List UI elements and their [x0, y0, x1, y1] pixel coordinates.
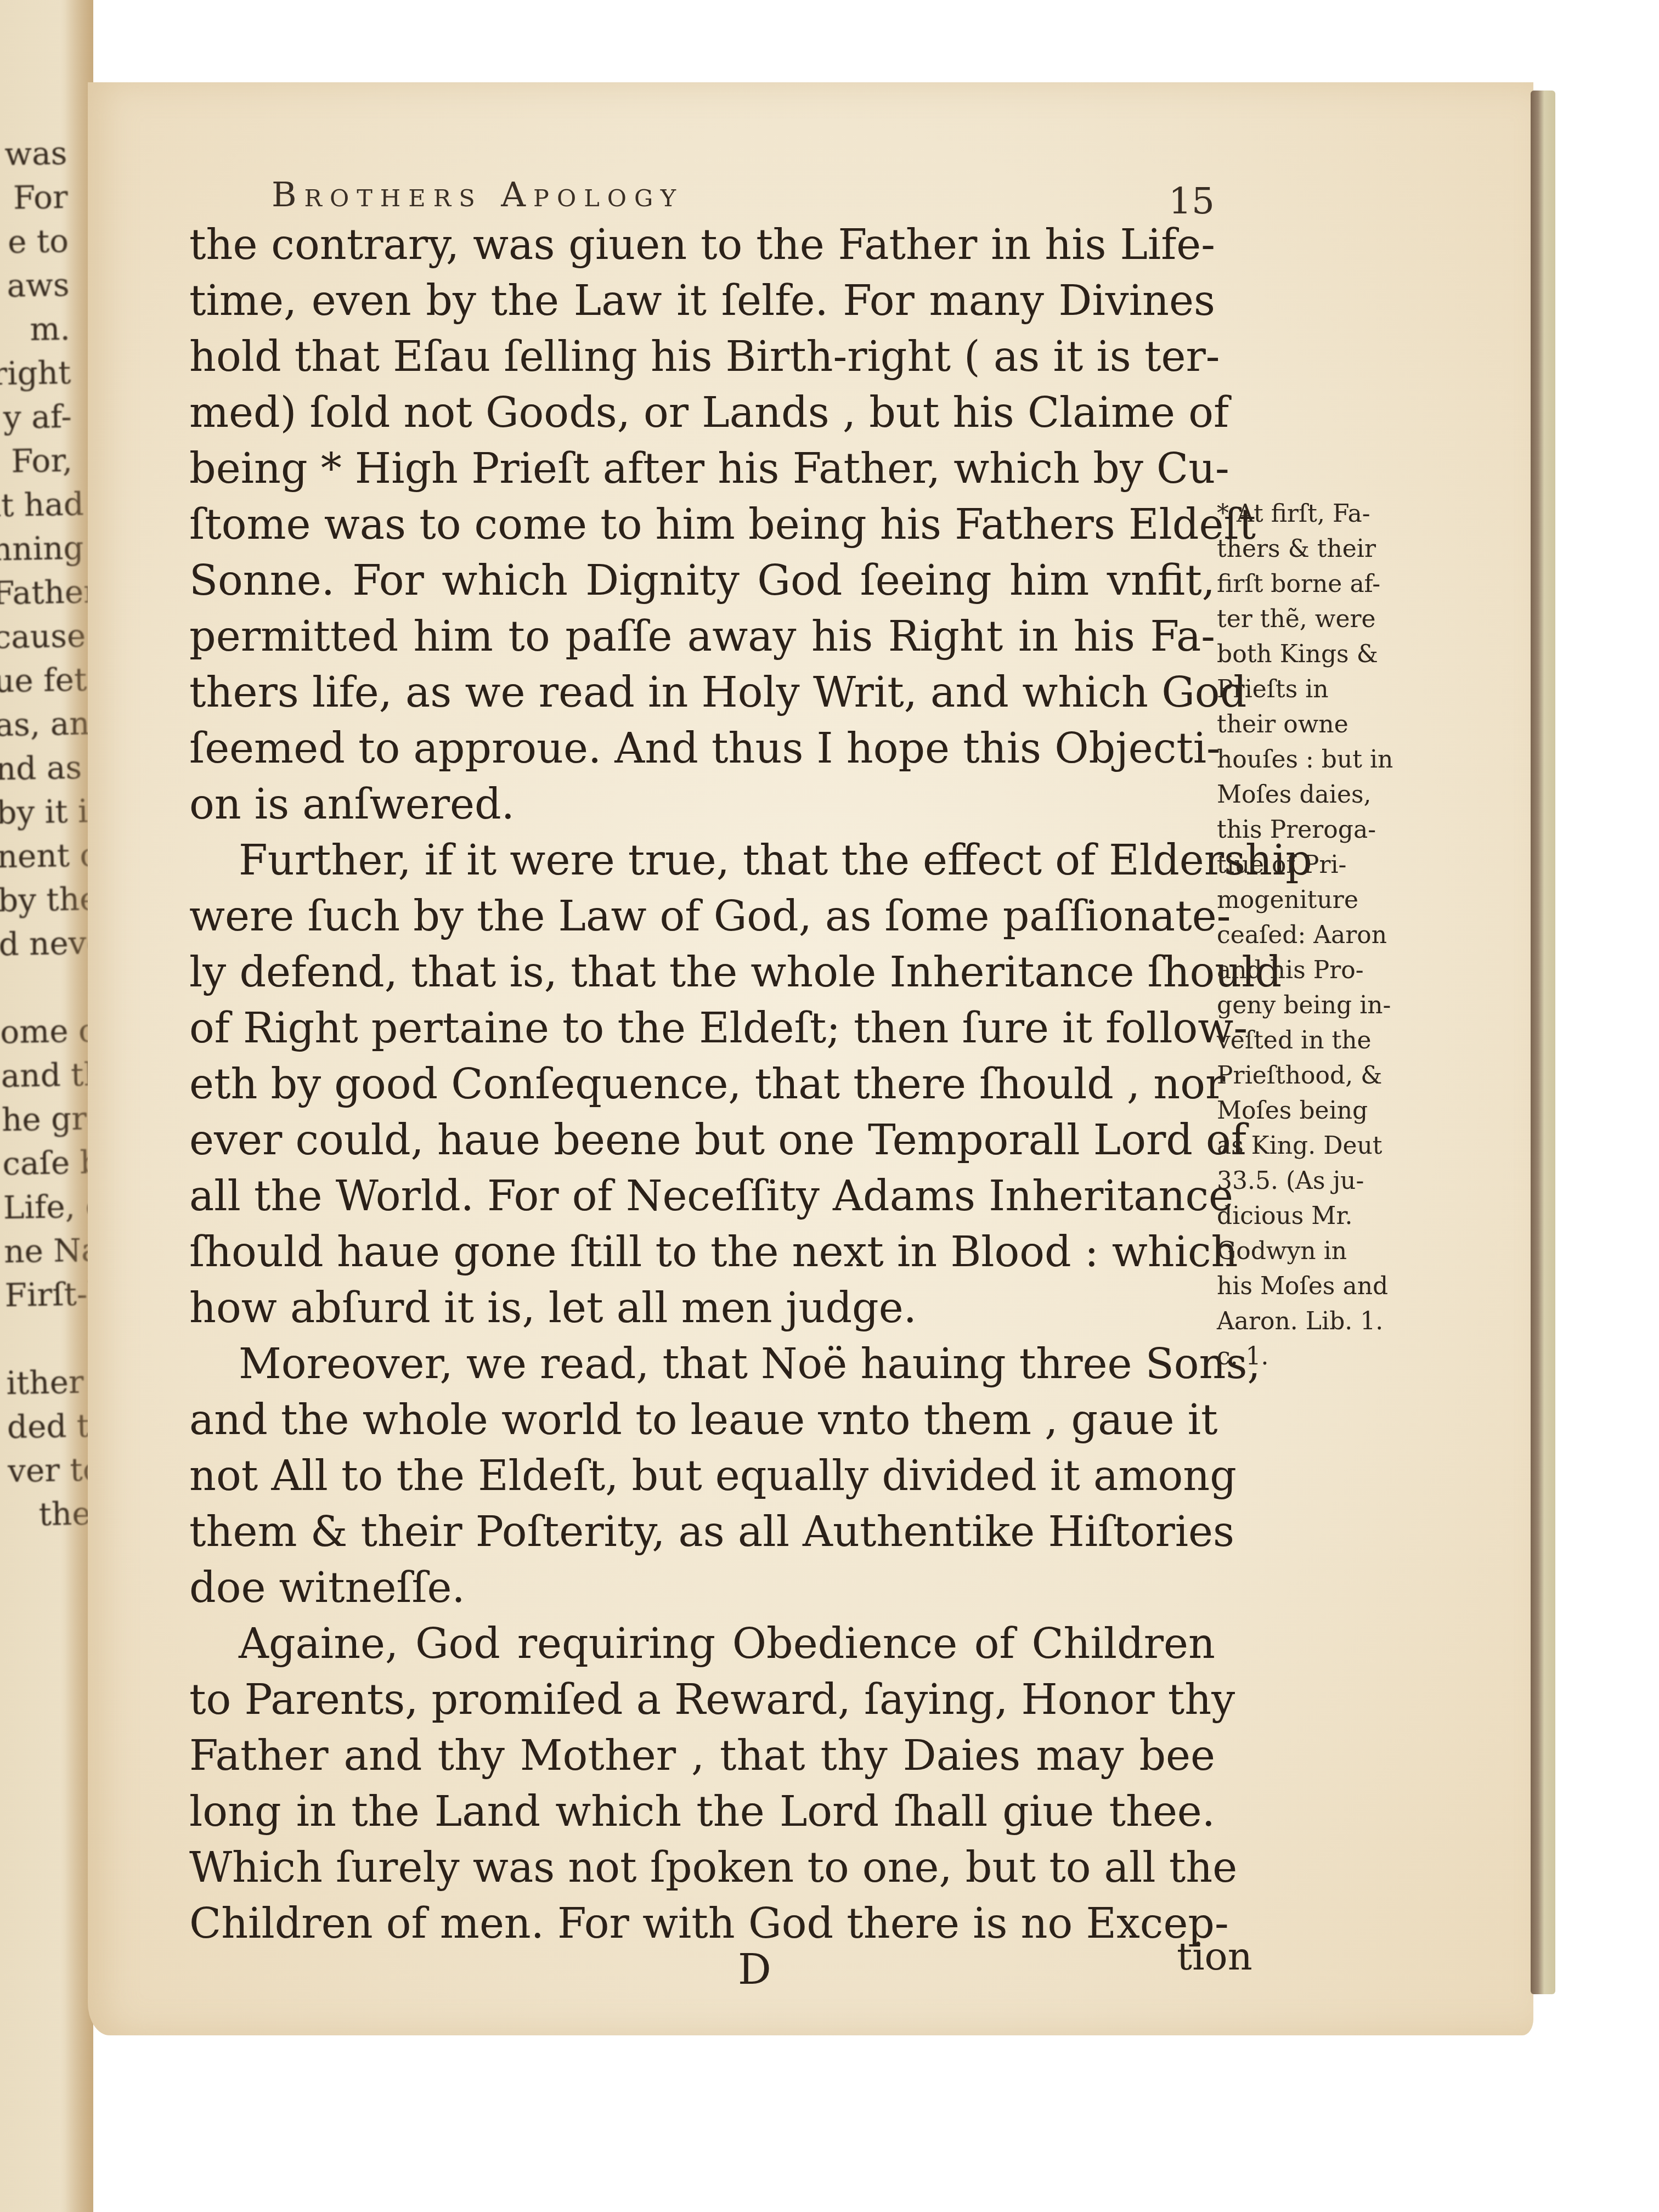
text-line: how abſurd it is, let all men judge.	[189, 1280, 1215, 1336]
marginal-note-line: Prieſts in	[1217, 672, 1436, 707]
text-line: to Parents, promiſed a Reward, ſaying, H…	[189, 1672, 1215, 1728]
marginal-note-line: * At firſt, Fa-	[1217, 496, 1436, 532]
text-line: of Right pertaine to the Eldeſt; then ſu…	[189, 1000, 1215, 1056]
facing-left-page: wasFore toawsm.righty af-For,it hadnning…	[0, 0, 93, 2212]
text-line: the contrary, was giuen to the Father in…	[189, 217, 1215, 273]
marginal-note-line: Prieſthood, &	[1217, 1058, 1436, 1093]
marginal-note-line: and his Pro-	[1217, 953, 1436, 988]
text-line: Which ſurely was not ſpoken to one, but …	[189, 1839, 1215, 1895]
text-line: ſhould haue gone ſtill to the next in Bl…	[189, 1224, 1215, 1280]
text-line: Children of men. For with God there is n…	[189, 1895, 1215, 1951]
text-line: Sonne. For which Dignity God ſeeing him …	[189, 552, 1215, 608]
text-line: time, even by the Law it ſelfe. For many…	[189, 273, 1215, 329]
text-line: doe witneſſe.	[189, 1560, 1215, 1616]
text-line: Father and thy Mother , that thy Daies m…	[189, 1728, 1215, 1784]
text-line: being * High Prieſt after his Father, wh…	[189, 441, 1215, 496]
marginal-note-line: veſted in the	[1217, 1023, 1436, 1058]
marginal-note-line: Godwyn in	[1217, 1234, 1436, 1269]
marginal-note-line: c. 1.	[1217, 1339, 1436, 1374]
marginal-note-line: Moſes being	[1217, 1093, 1436, 1128]
text-line: and the whole world to leaue vnto them ,…	[189, 1392, 1215, 1448]
running-head: Brothers Apology	[272, 174, 684, 215]
text-line: not All to the Eldeſt, but equally divid…	[189, 1448, 1215, 1504]
marginal-note-line: geny being in-	[1217, 988, 1436, 1023]
text-line: on is anſwered.	[189, 776, 1215, 832]
marginal-note-line: ter thẽ, were	[1217, 602, 1436, 637]
facing-page-fragment: aws	[0, 263, 70, 308]
marginal-note-line: firſt borne af-	[1217, 567, 1436, 602]
text-line: ſtome was to come to him being his Fathe…	[189, 496, 1215, 552]
text-line: ever could, haue beene but one Temporall…	[189, 1112, 1215, 1168]
text-line: Moreover, we read, that Noë hauing three…	[189, 1336, 1215, 1392]
marginal-note-line: their owne	[1217, 707, 1436, 742]
text-line: hold that Eſau ſelling his Birth-right (…	[189, 329, 1215, 385]
signature-mark: D	[738, 1945, 771, 1994]
text-line: were ſuch by the Law of God, as ſome paſ…	[189, 888, 1215, 944]
text-line: ſeemed to approue. And thus I hope this …	[189, 720, 1215, 776]
marginal-note-line: ceaſed: Aaron	[1217, 918, 1436, 953]
facing-page-fragment: e to	[0, 219, 69, 264]
text-line: permitted him to paſſe away his Right in…	[189, 608, 1215, 664]
text-line: ly defend, that is, that the whole Inher…	[189, 944, 1215, 1000]
marginal-note-line: both Kings &	[1217, 637, 1436, 672]
marginal-note-line: 33.5. (As ju-	[1217, 1164, 1436, 1199]
page-fore-edge	[1531, 91, 1555, 1994]
text-line: them & their Poſterity, as all Authentik…	[189, 1504, 1215, 1560]
marginal-note-line: mogeniture	[1217, 883, 1436, 918]
text-line: eth by good Conſequence, that there ſhou…	[189, 1056, 1215, 1112]
marginal-note-line: houſes : but in	[1217, 742, 1436, 777]
text-line: long in the Land which the Lord ſhall gi…	[189, 1784, 1215, 1839]
marginal-note-line: Aaron. Lib. 1.	[1217, 1304, 1436, 1339]
marginal-note-line: his Moſes and	[1217, 1269, 1436, 1304]
marginal-note-line: Moſes daies,	[1217, 777, 1436, 812]
page-number: 15	[1169, 180, 1215, 222]
marginal-note-line: tiue of Pri-	[1217, 848, 1436, 883]
marginal-note-line: thers & their	[1217, 532, 1436, 567]
text-line: med) ſold not Goods, or Lands , but his …	[189, 385, 1215, 441]
marginal-note: * At firſt, Fa-thers & theirfirſt borne …	[1217, 496, 1436, 1374]
marginal-note-line: this Preroga-	[1217, 812, 1436, 848]
text-line: all the World. For of Neceſſity Adams In…	[189, 1168, 1215, 1224]
text-line: Againe, God requiring Obedience of Child…	[189, 1616, 1215, 1672]
body-text: the contrary, was giuen to the Father in…	[189, 217, 1215, 1951]
marginal-note-line: dicious Mr.	[1217, 1199, 1436, 1234]
facing-page-fragment: was	[0, 131, 67, 177]
text-line: thers life, as we read in Holy Writ, and…	[189, 664, 1215, 720]
marginal-note-line: as King. Deut	[1217, 1128, 1436, 1164]
text-line: Further, if it were true, that the effec…	[189, 832, 1215, 888]
catchword: tion	[1177, 1934, 1252, 1979]
facing-page-fragment: For	[0, 175, 68, 221]
